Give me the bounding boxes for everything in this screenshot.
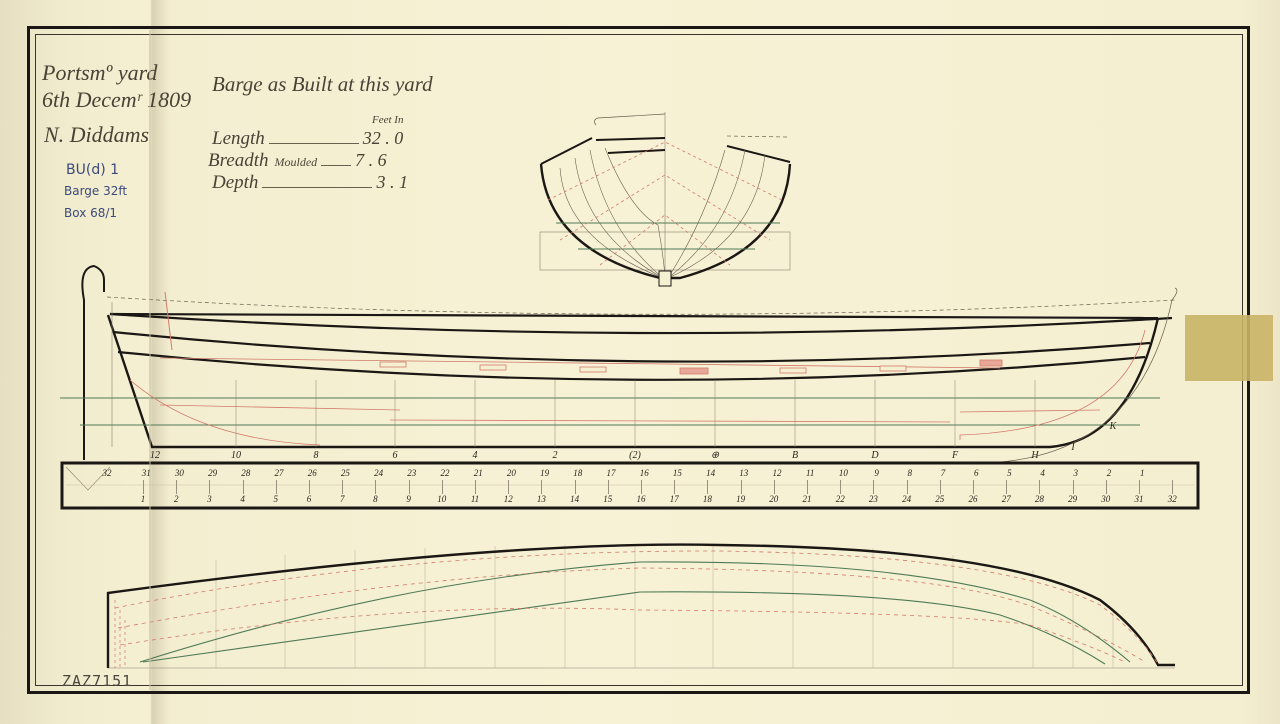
scale-bottom-number: 15 [603,494,612,504]
scale-top-number: 18 [573,468,582,478]
scale-top-number: 19 [540,468,549,478]
scale-bottom-number: 17 [670,494,679,504]
scale-top-number: 10 [839,468,848,478]
scale-tick [243,480,244,494]
scale-tick [707,480,708,494]
scale-tick [442,480,443,494]
station-label: 6 [393,450,398,461]
half-breadth-plan [108,545,1175,668]
scale-bar-frame [62,463,1198,508]
scale-top-number: 11 [806,468,814,478]
scale-bottom-number: 23 [869,494,878,504]
scale-bottom-number: 21 [803,494,812,504]
scale-top-number: 7 [941,468,946,478]
scale-tick [176,480,177,494]
scale-bottom-number: 25 [935,494,944,504]
scale-bottom-number: 18 [703,494,712,504]
scale-top-number: 3 [1074,468,1079,478]
scale-bottom-number: 3 [207,494,212,504]
scale-bottom-number: 12 [504,494,513,504]
station-label: 8 [314,450,319,461]
station-label: H [1031,450,1038,461]
station-label: D [871,450,878,461]
scale-bottom-number: 10 [437,494,446,504]
scale-tick [309,480,310,494]
scale-top-number: 21 [474,468,483,478]
scale-bottom-number: 20 [769,494,778,504]
scale-bottom-number: 27 [1002,494,1011,504]
scale-tick [276,480,277,494]
scale-tick [641,480,642,494]
scale-bottom-number: 2 [174,494,179,504]
scale-bottom-number: 19 [736,494,745,504]
station-label: 10 [231,450,241,461]
scale-bottom-number: 7 [340,494,345,504]
scale-tick [575,480,576,494]
scale-tick [940,480,941,494]
scale-top-number: 25 [341,468,350,478]
scale-bottom-number: 14 [570,494,579,504]
scale-tick [674,480,675,494]
scale-top-number: 20 [507,468,516,478]
scale-bottom-number: 8 [373,494,378,504]
scale-top-number: 26 [308,468,317,478]
scale-bottom-number: 9 [406,494,411,504]
scale-bottom-number: 11 [471,494,479,504]
scale-tick [774,480,775,494]
scale-tick [475,480,476,494]
scale-bottom-number: 13 [537,494,546,504]
scale-top-number: 12 [773,468,782,478]
scale-top-number: 1 [1140,468,1145,478]
scale-bottom-number: 16 [637,494,646,504]
scale-top-number: 13 [739,468,748,478]
scale-bottom-number: 30 [1101,494,1110,504]
scale-top-number: 32 [103,468,112,478]
scale-top-number: 28 [241,468,250,478]
scale-tick [1139,480,1140,494]
scale-top-number: 29 [208,468,217,478]
scale-top-number: 16 [640,468,649,478]
station-label: 12 [150,450,160,461]
scale-tick [143,480,144,494]
scale-tick [1073,480,1074,494]
station-label: I [1071,442,1074,453]
scale-top-number: 15 [673,468,682,478]
ship-drawings [0,0,1280,724]
scale-bottom-number: 22 [836,494,845,504]
scale-tick [541,480,542,494]
profile-plan [60,266,1177,462]
scale-top-number: 14 [706,468,715,478]
scale-bottom-number: 26 [969,494,978,504]
scale-bottom-number: 1 [141,494,146,504]
scale-top-number: 23 [407,468,416,478]
scale-top-number: 17 [607,468,616,478]
scale-top-number: 8 [908,468,913,478]
scale-top-number: 9 [874,468,879,478]
scale-tick [209,480,210,494]
station-label: 4 [473,450,478,461]
scale-bottom-number: 29 [1068,494,1077,504]
scale-tick [1039,480,1040,494]
scale-top-number: 22 [441,468,450,478]
scale-tick [1106,480,1107,494]
scale-bottom-number: 31 [1135,494,1144,504]
scale-tick [342,480,343,494]
scale-tick [409,480,410,494]
ship-plan-sheet: Portsmº yard 6th Decemʳ 1809 N. Diddams … [0,0,1280,724]
scale-bottom-number: 5 [274,494,279,504]
station-label: 2 [553,450,558,461]
scale-top-number: 30 [175,468,184,478]
scale-tick [608,480,609,494]
scale-top-number: 31 [142,468,151,478]
scale-tick [973,480,974,494]
scale-top-number: 5 [1007,468,1012,478]
scale-tick [873,480,874,494]
scale-tick [840,480,841,494]
scale-bottom-number: 6 [307,494,312,504]
scale-top-number: 4 [1040,468,1045,478]
station-label: (2) [629,450,641,461]
scale-tick [741,480,742,494]
scale-bottom-number: 32 [1168,494,1177,504]
station-label: K [1110,421,1117,432]
scale-bottom-number: 24 [902,494,911,504]
scale-bottom-number: 28 [1035,494,1044,504]
scale-top-number: 27 [275,468,284,478]
scale-top-number: 6 [974,468,979,478]
scale-tick [1172,480,1173,494]
scale-tick [807,480,808,494]
station-label: F [952,450,958,461]
scale-tick [1006,480,1007,494]
station-label: B [792,450,798,461]
scale-top-number: 24 [374,468,383,478]
scale-bottom-number: 4 [240,494,245,504]
scale-top-number: 2 [1107,468,1112,478]
scale-tick [375,480,376,494]
scale-tick [907,480,908,494]
body-plan [540,112,790,286]
station-label: ⊕ [711,450,719,461]
scale-tick [508,480,509,494]
